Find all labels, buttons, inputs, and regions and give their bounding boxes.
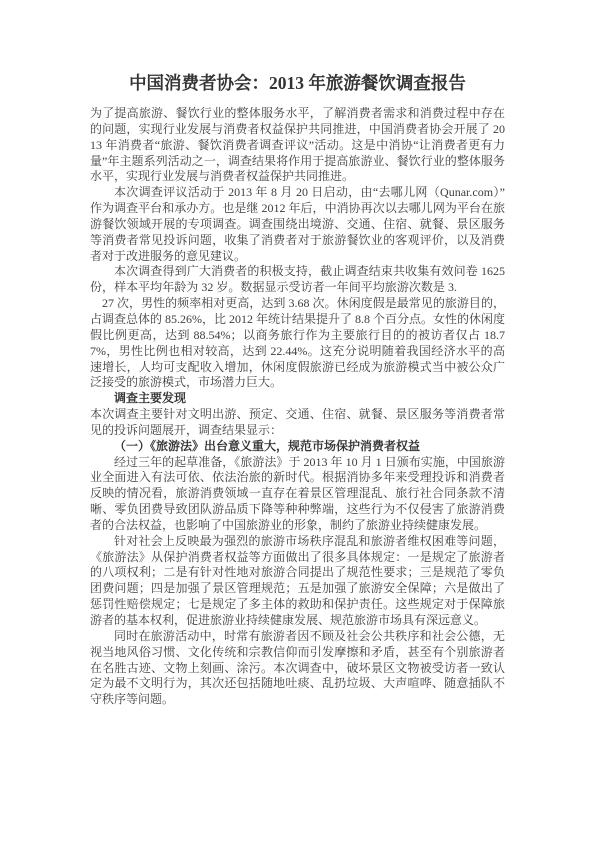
paragraph-uncivilized-behavior: 同时在旅游活动中，时常有旅游者因不顾及社会公共秩序和社会公德，无视当地风俗习惯、… xyxy=(90,629,505,708)
paragraph-intro: 为了提高旅游、餐饮行业的整体服务水平，了解消费者需求和消费过程中存在的问题，实现… xyxy=(90,106,505,185)
paragraph-survey-statistics: 本次调查得到广大消费者的积极支持，截止调查结束共收集有效问卷 1625 份，样本… xyxy=(90,264,505,391)
document-page: 中国消费者协会：2013 年旅游餐饮调查报告 为了提高旅游、餐饮行业的整体服务水… xyxy=(0,0,595,842)
paragraph-tourism-law-provisions: 针对社会上反映最为强烈的旅游市场秩序混乱和旅游者维权困难等问题，《旅游法》从保护… xyxy=(90,534,505,629)
paragraph-tourism-law-background: 经过三年的起草准备，《旅游法》于 2013 年 10 月 1 日颁布实施，中国旅… xyxy=(90,455,505,534)
heading-tourism-law: （一）《旅游法》出台意义重大，规范市场保护消费者权益 xyxy=(90,439,505,455)
paragraph-survey-scope: 本次调查主要针对文明出游、预定、交通、住宿、就餐、景区服务等消费者常见的投诉问题… xyxy=(90,407,505,439)
document-title: 中国消费者协会：2013 年旅游餐饮调查报告 xyxy=(90,70,505,96)
paragraph-survey-launch: 本次调查评议活动于 2013 年 8 月 20 日启动，由“去哪儿网（Qunar… xyxy=(90,185,505,264)
heading-main-findings: 调查主要发现 xyxy=(90,391,505,407)
